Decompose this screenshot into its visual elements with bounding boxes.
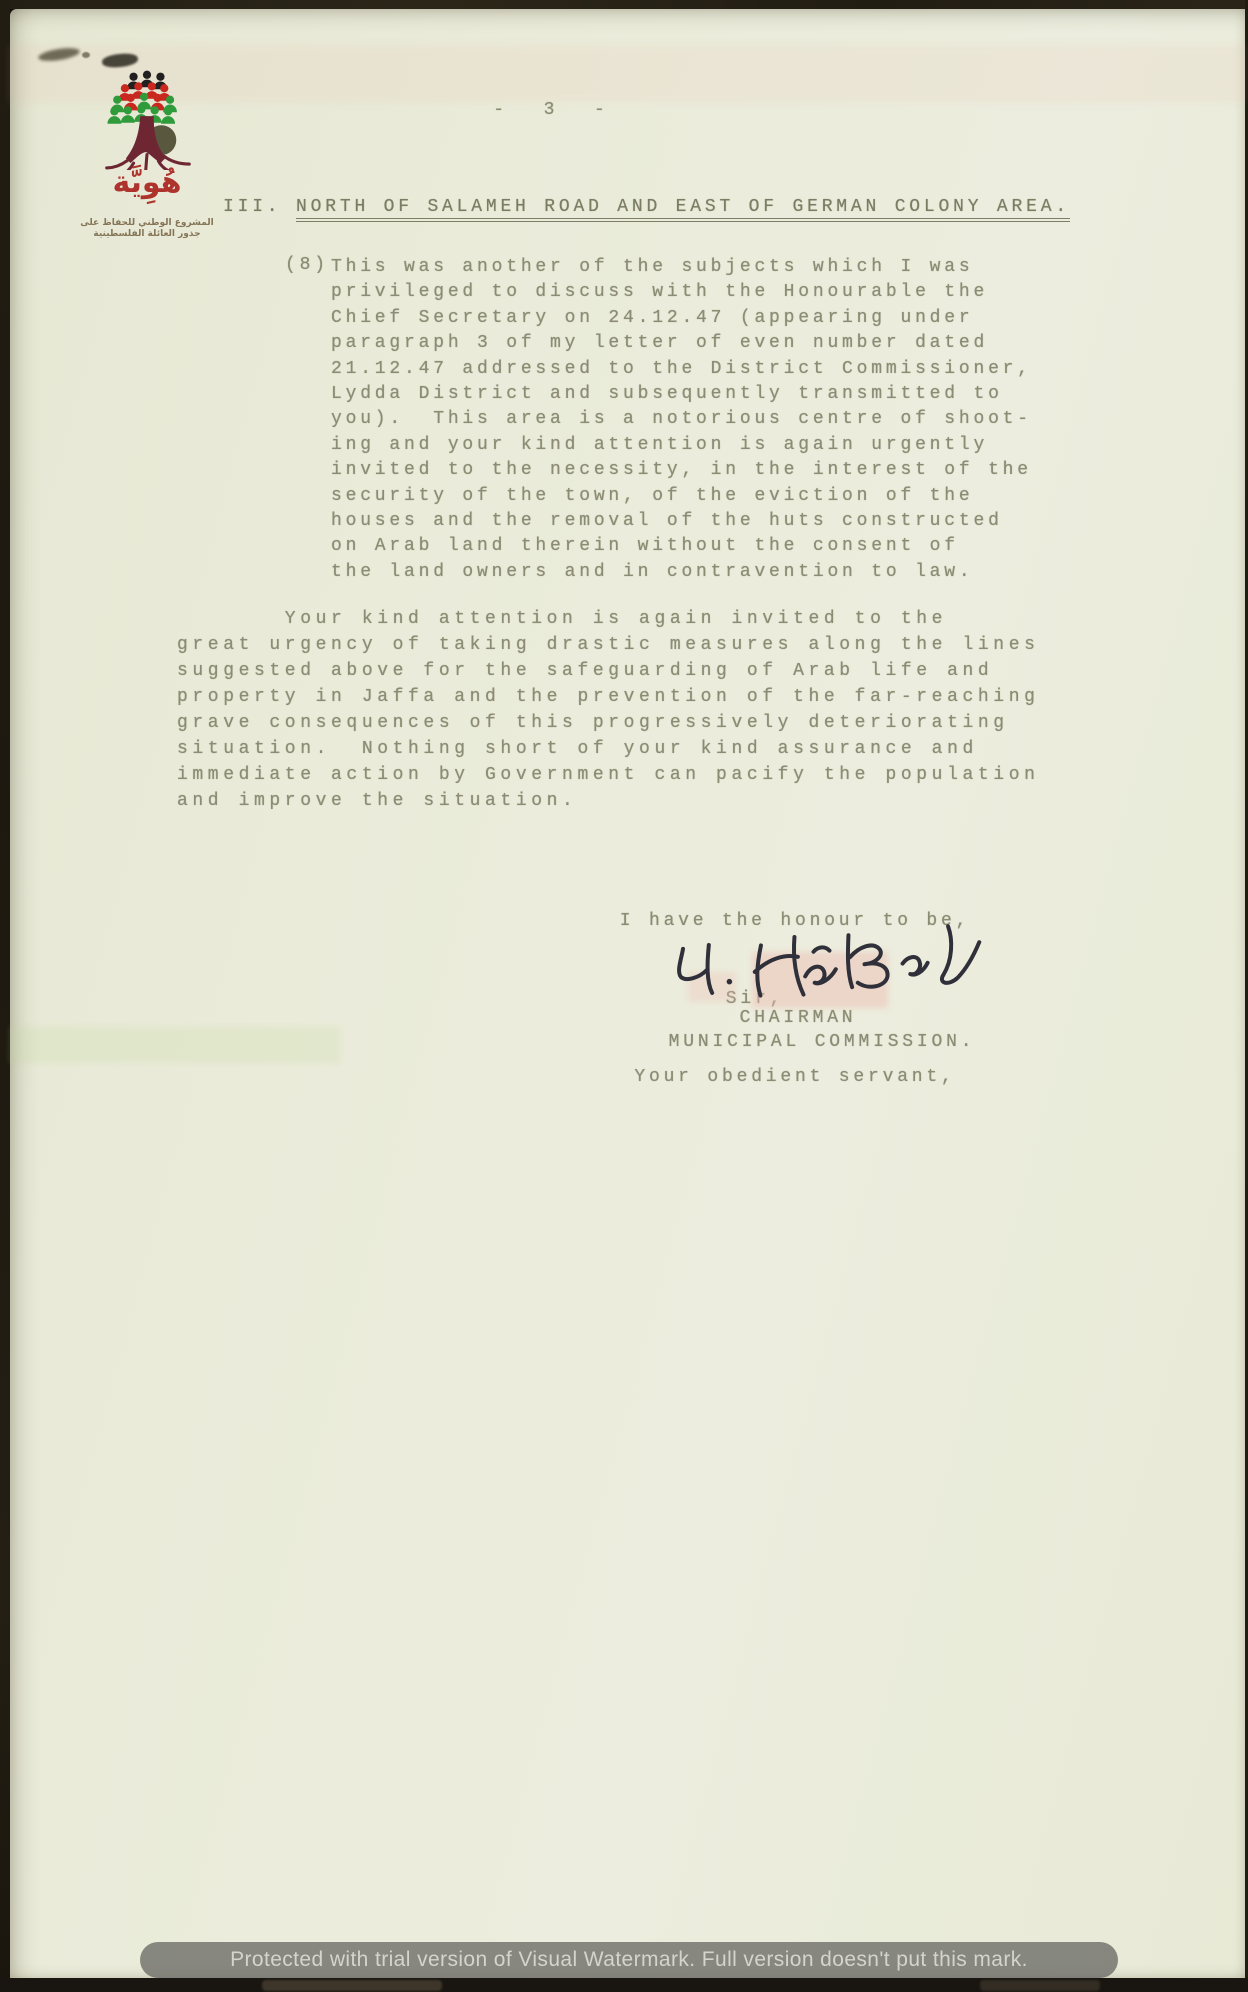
logo-arabic-title: هُوِيَّة bbox=[92, 166, 202, 200]
ink-smudge bbox=[82, 52, 90, 58]
watermark-bar: Protected with trial version of Visual W… bbox=[140, 1942, 1118, 1978]
scan-edge-blotch bbox=[262, 1980, 442, 1991]
family-tree-logo-icon bbox=[99, 66, 195, 170]
section-numeral: III. bbox=[223, 197, 281, 217]
closing-paragraph: Your kind attention is again invited to … bbox=[177, 606, 1040, 814]
logo-arabic-subtitle: المشروع الوطني للحفاظ على جذور العائلة ا… bbox=[77, 218, 217, 240]
paper-sheet: هُوِيَّة المشروع الوطني للحفاظ على جذور … bbox=[10, 9, 1245, 1979]
scan-edge-top bbox=[0, 0, 1248, 9]
page-number: - 3 - bbox=[462, 100, 642, 120]
paragraph-item-marker: (8) bbox=[285, 255, 329, 275]
valediction-line: Your obedient servant, bbox=[575, 1064, 1015, 1090]
watermark-text: Protected with trial version of Visual W… bbox=[230, 1948, 1028, 1972]
scan-tint-pink bbox=[10, 45, 1245, 103]
scan-edge-left bbox=[0, 0, 10, 1992]
logo-subtitle-line: جذور العائلة الفلسطينية bbox=[77, 229, 217, 240]
scan-edge-blotch bbox=[980, 1980, 1100, 1991]
logo-subtitle-line: المشروع الوطني للحفاظ على bbox=[77, 218, 217, 229]
section-title: NORTH OF SALAMEH ROAD AND EAST OF GERMAN… bbox=[296, 197, 1070, 222]
signature-title-municipal-commission: MUNICIPAL COMMISSION. bbox=[669, 1032, 976, 1052]
section-heading: III. NORTH OF SALAMEH ROAD AND EAST OF G… bbox=[223, 197, 1070, 217]
signature-title-chairman: CHAIRMAN bbox=[740, 1008, 857, 1028]
scan-tint-green bbox=[10, 1027, 340, 1063]
paragraph-item-8: This was another of the subjects which I… bbox=[331, 255, 1032, 585]
